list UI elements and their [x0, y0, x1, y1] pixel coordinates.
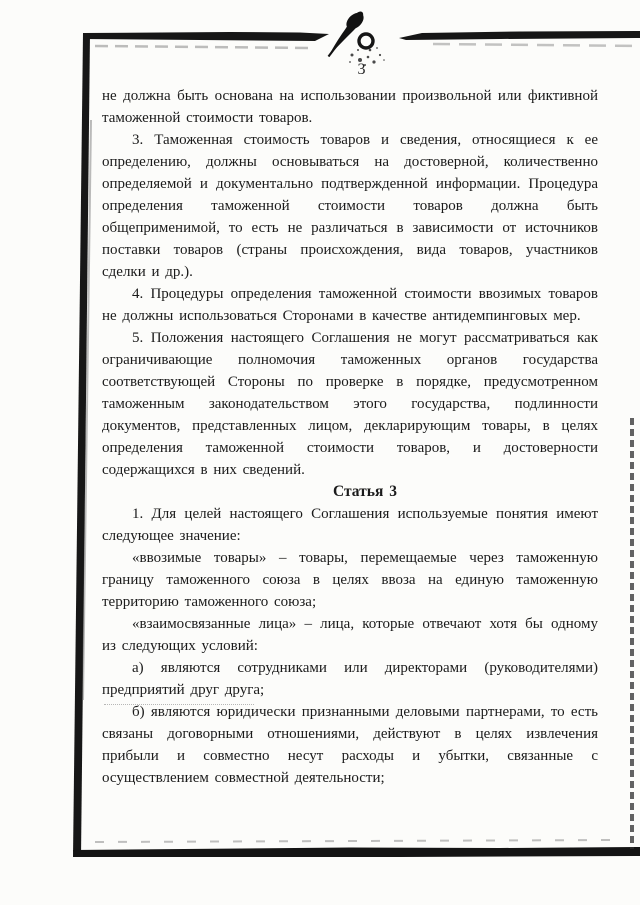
paragraph: «ввозимые товары» – товары, перемещаемые… [102, 547, 598, 613]
paragraph: а) являются сотрудниками или директорами… [102, 657, 598, 701]
scanned-page: 3 не должна быть основана на использован… [0, 0, 640, 905]
paragraph: 4. Процедуры определения таможенной стои… [102, 283, 598, 327]
quill-emblem-icon [328, 9, 385, 66]
paragraph: не должна быть основана на использовании… [102, 85, 598, 129]
page-number: 3 [340, 61, 384, 79]
bottom-border [73, 840, 640, 857]
paragraph: 5. Положения настоящего Соглашения не мо… [102, 327, 598, 481]
scan-artifact-line [104, 702, 254, 705]
paragraph: 1. Для целей настоящего Соглашения испол… [102, 503, 598, 547]
document-body: не должна быть основана на использовании… [102, 85, 598, 789]
left-border [73, 33, 92, 857]
article-heading: Статья 3 [102, 481, 598, 503]
paragraph: б) являются юридически признанными делов… [102, 701, 598, 789]
paragraph: 3. Таможенная стоимость товаров и сведен… [102, 129, 598, 283]
top-border [84, 31, 640, 48]
paragraph: «взаимосвязанные лица» – лица, которые о… [102, 613, 598, 657]
